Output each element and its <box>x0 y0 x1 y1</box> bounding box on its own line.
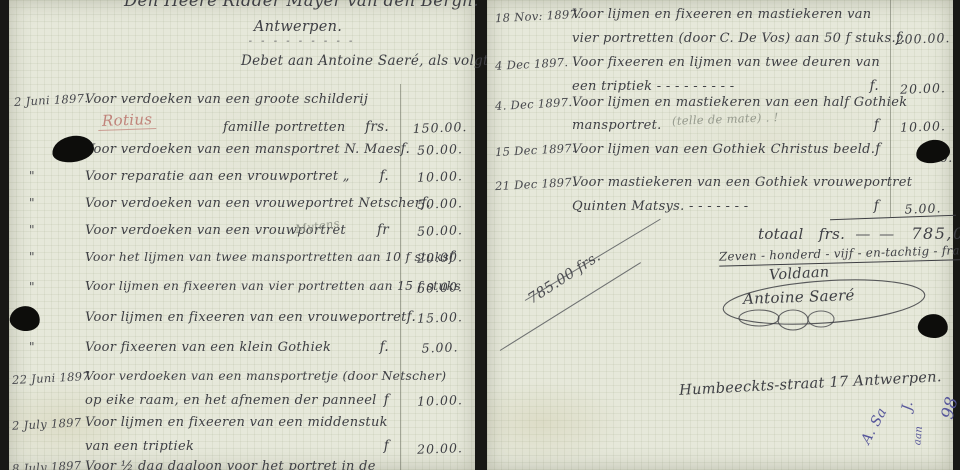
entry-description-cont: van een triptiek f <box>85 438 395 454</box>
entry-description-cont: een triptiek - - - - - - - - - f. <box>572 78 885 94</box>
currency-mark: f. <box>380 339 395 355</box>
total-row: totaal frs. — — 785,00. <box>758 224 960 243</box>
currency-mark: f. <box>870 78 885 94</box>
entry-row: Voor reparatie aan een vrouwportret „ f. <box>85 168 395 184</box>
entry-description-text: famille portretten <box>223 120 346 135</box>
entry-row: Voor verdoeken van een vrouweportret Net… <box>85 195 395 211</box>
address-line: Humbeeckts-straat 17 Antwerpen. <box>679 369 942 399</box>
entry-date: 4. Dec 1897. <box>495 95 573 113</box>
entry-row: Voor het lijmen van twee mansportretten … <box>85 249 395 265</box>
entry-amount: 5.00. <box>408 339 472 356</box>
blue-note: aan <box>912 425 925 445</box>
total-dashes: — — <box>855 225 896 243</box>
entry-row: Voor lijmen en fixeeren van een vrouwepo… <box>85 309 395 325</box>
ink-blot <box>8 304 42 334</box>
entry-description: Voor verdoeken van een groote schilderij <box>85 92 368 107</box>
entry-amount: 200.00. <box>891 30 955 47</box>
entry-description: Voor lijmen en fixeeren van een vrouwepo… <box>85 310 407 325</box>
entry-description: Voor verdoeken van een mansportretje (do… <box>85 369 446 383</box>
total-currency: frs. <box>819 225 845 243</box>
entry-row: Voor verdoeken van een mansportret N. Ma… <box>85 141 395 157</box>
entry-description-text: een triptiek - - - - - - - - - <box>572 79 735 94</box>
entry-description-cont: vier portretten (door C. De Vos) aan 50 … <box>572 30 885 46</box>
ditto-mark: " <box>29 280 35 294</box>
currency-mark: fr <box>377 222 395 238</box>
entry-description: Voor verdoeken van een vrouweportret Net… <box>85 196 421 211</box>
entry-date: 2 July 1897 <box>12 415 82 433</box>
currency-mark: f <box>384 392 395 408</box>
signature-block: Antoine Saeré <box>717 274 931 332</box>
entry-amount: 50.00. <box>408 195 472 212</box>
entry-amount: 50.00. <box>408 222 472 239</box>
entry-description: Voor ½ dag dagloon voor het portret in d… <box>85 459 376 470</box>
blue-note: A. Sa <box>858 405 890 446</box>
entry-description: Voor reparatie aan een vrouwportret „ <box>85 169 350 184</box>
ink-blot <box>51 134 96 165</box>
ditto-mark: " <box>29 250 35 264</box>
entry-description-text: op eike raam, en het afnemen der panneel <box>85 393 377 408</box>
entry-amount: 20.00. <box>408 249 472 266</box>
entry-description-cont: Quinten Matsys. - - - - - - - f <box>572 198 885 214</box>
entry-row: Voor verdoeken van een vrouwportret fr <box>85 222 395 238</box>
currency-mark: f. <box>380 168 395 184</box>
entry-description: Voor lijmen en mastiekeren van een half … <box>572 95 907 110</box>
entry-description-text: van een triptiek <box>85 439 194 454</box>
entry-description: Voor verdoeken van een mansportret N. Ma… <box>85 142 401 157</box>
entry-date: 22 Juni 1897 <box>12 369 91 387</box>
currency-mark: f <box>874 117 885 133</box>
total-amount: 785,00. <box>911 224 960 243</box>
currency-mark: f <box>875 141 886 157</box>
blue-note: 98 <box>938 395 960 422</box>
entry-date: 15 Dec 1897. <box>495 141 577 159</box>
addressee-line: Den Heere Ridder Mayer van den Bergh. <box>124 0 469 10</box>
entry-date: 18 Nov: 1897. <box>495 7 582 25</box>
entry-description: Voor fixeeren en lijmen van twee deuren … <box>572 55 880 70</box>
debit-line: Debet aan Antoine Saeré, als volgt. <box>241 53 493 69</box>
entry-description: Voor fixeeren van een klein Gothiek <box>85 340 331 355</box>
total-label: totaal <box>758 225 804 243</box>
entry-description-cont: op eike raam, en het afnemen der panneel… <box>85 392 395 408</box>
ditto-mark: " <box>29 196 35 210</box>
entry-amount: 10.00. <box>408 392 472 409</box>
header-divider: - - - - - - - - - <box>235 36 369 47</box>
entry-description: Voor lijmen en fixeeren van een middenst… <box>85 415 388 430</box>
entry-row: Voor fixeeren van een klein Gothiek f. <box>85 339 395 355</box>
entry-amount: 50.00. <box>408 141 472 158</box>
entry-description: Voor lijmen en fixeeren van vier portret… <box>85 279 461 293</box>
entry-amount: 15.00. <box>408 309 472 326</box>
diagonal-note: 785.00 frs. <box>525 249 603 308</box>
entry-amount: 20.00. <box>408 440 472 457</box>
invoice-page-right: 18 Nov: 1897. Voor lijmen en fixeeren en… <box>487 0 953 470</box>
entry-amount: 150.00. <box>408 119 472 136</box>
total-in-words: Zeven - honderd - vijf - en-tachtig - fr… <box>719 242 960 266</box>
entry-amount: 10.00. <box>891 118 955 135</box>
scanned-invoice-document: Den Heere Ridder Mayer van den Bergh. An… <box>0 0 960 470</box>
entry-description-text: Quinten Matsys. - - - - - - - <box>572 199 748 214</box>
ditto-mark: " <box>29 340 35 354</box>
entry-date: 4 Dec 1897. <box>495 55 569 73</box>
entry-description: Voor het lijmen van twee mansportretten … <box>85 250 449 264</box>
ditto-mark: " <box>29 169 35 183</box>
entry-date: 8 July 1897 <box>12 458 82 470</box>
blue-note: J. <box>899 400 916 412</box>
entry-row: Voor lijmen en fixeeren van vier portret… <box>85 279 395 293</box>
entry-amount: 60.00. <box>408 279 472 296</box>
entry-description: Voor lijmen en fixeeren en mastiekeren v… <box>572 7 871 22</box>
entry-description-text: mansportret. <box>572 118 662 133</box>
entry-amount: 10.00. <box>408 168 472 185</box>
currency-mark: f <box>874 198 885 214</box>
currency-mark: f <box>384 438 395 454</box>
red-pencil-annotation: Rotius <box>98 110 157 131</box>
entry-description: Voor lijmen van een Gothiek Christus bee… <box>572 142 875 157</box>
entry-description: Voor mastiekeren van een Gothiek vrouwep… <box>572 175 912 190</box>
entry-description-cont: famille portretten frs. <box>223 119 395 135</box>
entry-date: 21 Dec 1897. <box>495 175 577 193</box>
entry-row: Voor lijmen van een Gothiek Christus bee… <box>572 141 885 157</box>
ditto-mark: " <box>29 223 35 237</box>
addressee-city: Antwerpen. <box>231 19 365 35</box>
currency-mark: frs. <box>365 119 395 135</box>
entry-date: 2 Juni 1897. <box>14 91 89 109</box>
invoice-page-left: Den Heere Ridder Mayer van den Bergh. An… <box>9 0 475 470</box>
entry-description-text: vier portretten (door C. De Vos) aan 50 … <box>572 31 896 46</box>
